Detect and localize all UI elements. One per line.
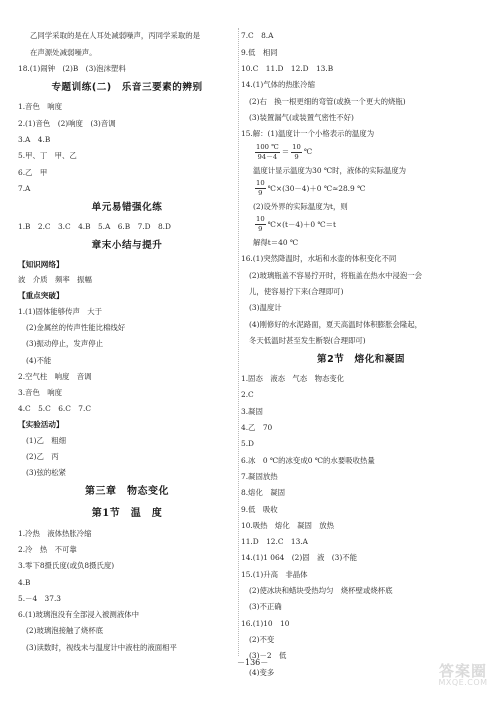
answer-line: 5.D <box>241 436 481 452</box>
answer-18: 18.(1)闹钟 (2)B (3)泡沫塑料 <box>18 61 236 77</box>
answer-line: 2.C <box>241 387 481 403</box>
section-title-tone-elements: 专题训练(二) 乐音三要素的辨别 <box>18 77 236 99</box>
answer-line: 7.凝固放热 <box>241 469 481 485</box>
answer-line: 3.凝固 <box>241 403 481 419</box>
answer-line: 3.零下8摄氏度(或负8摄氏度) <box>18 558 236 574</box>
answer-line: (1)乙 粗细 <box>18 432 236 448</box>
fraction: 10 9 <box>291 144 302 161</box>
answer-line: (3)温度计 <box>241 300 481 316</box>
answer-line: 4.乙 70 <box>241 420 481 436</box>
right-column: 7.C 8.A 9.低 相同 10.C 11.D 12.D 13.B 14.(1… <box>241 28 481 680</box>
answer-line: (2)玻璃泡接触了烧杯底 <box>18 623 236 639</box>
answer-line: 14.(1)气体的热胀冷缩 <box>241 77 481 93</box>
answer-line: 16.(1)10 10 <box>241 615 481 631</box>
intro-line-2: 在声源处减弱噪声。 <box>18 44 236 60</box>
fraction: 10 9 <box>255 180 266 197</box>
answer-line: 2.冷 热 不可靠 <box>18 542 236 558</box>
answer-line: 儿，使容易拧下来(合理即可) <box>241 284 481 300</box>
answer-line: 15.解：(1)温度计一个小格表示的温度为 <box>241 126 481 142</box>
fraction: 100 ℃ 94－4 <box>255 144 280 161</box>
section-title-temperature: 第1节 温 度 <box>18 503 236 525</box>
answer-line: 3.A 4.B <box>18 131 236 147</box>
section-title-chapter-summary: 章末小结与提升 <box>18 235 236 257</box>
experiment-activity-label: 【实验活动】 <box>18 417 236 432</box>
answer-line: 温度计显示温度为30 ℃时，液体的实际温度为 <box>241 162 481 178</box>
formula-equation: 10 9 ℃×(t－4)＋0 ℃＝t <box>241 215 481 235</box>
fraction: 10 9 <box>255 216 266 233</box>
answer-line: (3)装置漏气(或装置气密性不好) <box>241 109 481 125</box>
answer-line: (3)不正确 <box>241 599 481 615</box>
answer-line: 10.C 11.D 12.D 13.B <box>241 61 481 77</box>
answer-line: 1.音色 响度 <box>18 99 236 115</box>
answer-line: 9.低 相同 <box>241 44 481 60</box>
answer-line: (3)振动停止，发声停止 <box>18 336 236 352</box>
watermark-text: 答案圈 <box>428 664 498 679</box>
watermark-url: MXQE.COM <box>428 679 498 687</box>
answer-line: (2)金属丝的传声性能比棉线好 <box>18 320 236 336</box>
answer-line: 9.低 吸收 <box>241 501 481 517</box>
intro-line-1: 乙同学采取的是在人耳处减弱噪声，丙同学采取的是 <box>18 28 236 44</box>
answer-line: (2)乙 丙 <box>18 449 236 465</box>
answer-line: (4)刚修好的水泥路面，夏天高温时体积膨胀会隆起， <box>241 316 481 332</box>
answer-line: 1.冷热 液体热胀冷缩 <box>18 525 236 541</box>
formula-actual-temp: 10 9 ℃×(30－4)＋0 ℃≈28.9 ℃ <box>241 178 481 198</box>
answer-line: 7.C 8.A <box>241 28 481 44</box>
answer-line: (4)不能 <box>18 352 236 368</box>
answer-line: 6.(1)玻璃泡没有全部浸入被测液体中 <box>18 607 236 623</box>
answer-line: (2)右 换一根更细的弯管(或换一个更大的烧瓶) <box>241 93 481 109</box>
answer-line: 2.(1)音色 (2)响度 (3)音调 <box>18 115 236 131</box>
answer-line: 11.D 12.C 13.A <box>241 534 481 550</box>
answer-line: 16.(1)突然降温时，水垢和水壶的体积变化不同 <box>241 251 481 267</box>
answer-line: 7.A <box>18 180 236 196</box>
left-column: 乙同学采取的是在人耳处减弱噪声，丙同学采取的是 在声源处减弱噪声。 18.(1)… <box>18 28 236 656</box>
answer-line: 5.－4 37.3 <box>18 590 236 606</box>
answer-line: (2)不变 <box>241 632 481 648</box>
answer-line: (2)使冰块和蜡块受热均匀 烧杯壁或烧杯底 <box>241 583 481 599</box>
answer-line: (3)读数时，视线未与温度计中液柱的液面相平 <box>18 639 236 655</box>
knowledge-network-label: 【知识网络】 <box>18 257 236 272</box>
answer-line: 14.(1)1 064 (2)固 液 (3)不能 <box>241 550 481 566</box>
key-breakthrough-label: 【重点突破】 <box>18 288 236 303</box>
formula-scale: 100 ℃ 94－4 ＝ 10 9 ℃ <box>241 142 481 162</box>
answer-line: 15.(1)升高 非晶体 <box>241 566 481 582</box>
answer-line: 5.甲、丁 甲、乙 <box>18 148 236 164</box>
answer-line: (2)设外界的实际温度为t，则 <box>241 198 481 214</box>
answer-line: (2)玻璃瓶盖不容易拧开时，将瓶盖在热水中浸泡一会 <box>241 267 481 283</box>
answer-line: 解得t＝40 ℃ <box>241 235 481 251</box>
answer-line: 10.吸热 熔化 凝固 放热 <box>241 517 481 533</box>
page-number: －136－ <box>237 659 268 667</box>
section-title-error-practice: 单元易错强化练 <box>18 197 236 219</box>
answer-line: 6.冰 0 ℃的冰变成0 ℃的水要吸收热量 <box>241 452 481 468</box>
section-title-melting: 第2节 熔化和凝固 <box>241 349 481 371</box>
answer-line: (3)弦的松紧 <box>18 465 236 481</box>
answer-line: 2.空气柱 响度 音调 <box>18 368 236 384</box>
column-divider <box>238 28 239 656</box>
answer-line: 冬天低温时甚至发生断裂(合理即可) <box>241 332 481 348</box>
answer-line: 1.固态 液态 气态 物态变化 <box>241 371 481 387</box>
answer-line: 4.B <box>18 574 236 590</box>
answer-line: 6.乙 甲 <box>18 164 236 180</box>
answer-line: 8.熔化 凝固 <box>241 485 481 501</box>
knowledge-network-text: 波 介质 频率 振幅 <box>18 272 236 288</box>
answer-line: 4.C 5.C 6.C 7.C <box>18 401 236 417</box>
answer-line: 3.音色 响度 <box>18 385 236 401</box>
watermark-logo: 答案圈 MXQE.COM <box>428 664 498 702</box>
chapter-title: 第三章 物态变化 <box>18 481 236 503</box>
answer-line: 1.B 2.C 3.C 4.B 5.A 6.B 7.D 8.D <box>18 219 236 235</box>
answer-line: 1.(1)固体能够传声 大于 <box>18 303 236 319</box>
